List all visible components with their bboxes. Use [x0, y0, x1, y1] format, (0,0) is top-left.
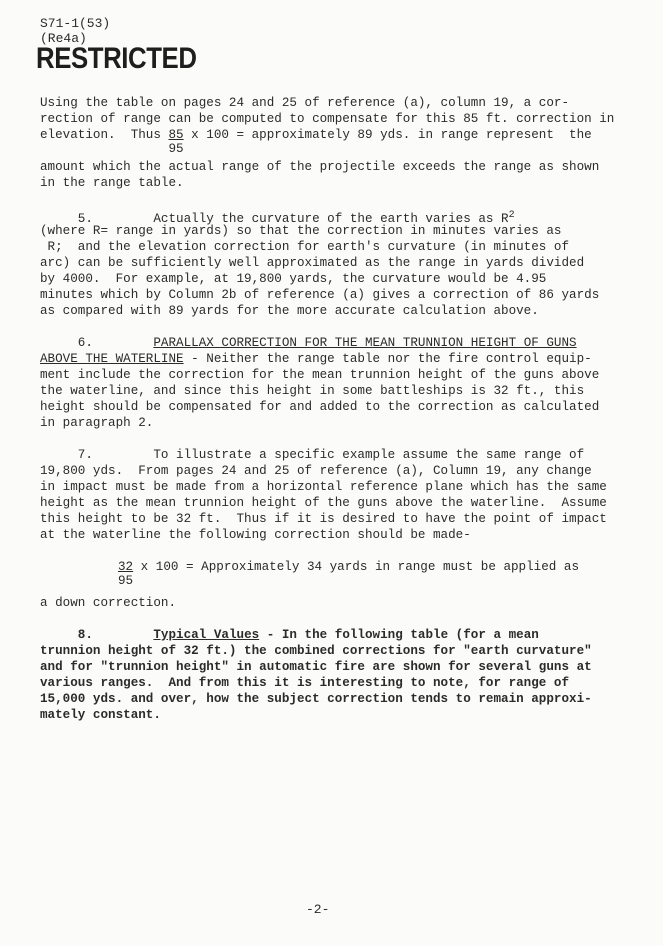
fraction: 8595 [168, 128, 183, 143]
text-line: elevation. Thus 8595 x 100 = approximate… [40, 128, 592, 143]
section-heading: 8. Typical Values - In the following tab… [40, 628, 539, 643]
text-line: various ranges. And from this it is inte… [40, 676, 569, 691]
text-line: and for "trunnion height" in automatic f… [40, 660, 592, 675]
formula: 3295 x 100 = Approximately 34 yards in r… [118, 560, 579, 575]
page-number: -2- [306, 902, 329, 917]
text-line: 7. To illustrate a specific example assu… [40, 448, 584, 463]
text-line: Using the table on pages 24 and 25 of re… [40, 96, 569, 111]
text-line: R; and the elevation correction for eart… [40, 240, 569, 255]
text-line: in paragraph 2. [40, 416, 153, 431]
doc-number: S71-1(53) [40, 16, 110, 31]
text-line: the waterline, and since this height in … [40, 384, 584, 399]
fraction: 3295 [118, 560, 133, 575]
text-line: ment include the correction for the mean… [40, 368, 599, 383]
classification-stamp: RESTRICTED [36, 42, 197, 76]
text-line: 19,800 yds. From pages 24 and 25 of refe… [40, 464, 592, 479]
text-line: in the range table. [40, 176, 184, 191]
text-line: amount which the actual range of the pro… [40, 160, 599, 175]
text-line: ABOVE THE WATERLINE - Neither the range … [40, 352, 592, 367]
text-line: (where R= range in yards) so that the co… [40, 224, 561, 239]
text-line: height should be compensated for and add… [40, 400, 599, 415]
text-line: this height to be 32 ft. Thus if it is d… [40, 512, 607, 527]
section-heading: 6. PARALLAX CORRECTION FOR THE MEAN TRUN… [40, 336, 577, 351]
text-line: 15,000 yds. and over, how the subject co… [40, 692, 592, 707]
text-line: height as the mean trunnion height of th… [40, 496, 607, 511]
text-line: by 4000. For example, at 19,800 yards, t… [40, 272, 546, 287]
text-line: rection of range can be computed to comp… [40, 112, 614, 127]
text-line: as compared with 89 yards for the more a… [40, 304, 539, 319]
text-line: mately constant. [40, 708, 161, 723]
text-line: trunnion height of 32 ft.) the combined … [40, 644, 592, 659]
text-line: at the waterline the following correctio… [40, 528, 471, 543]
text-line: minutes which by Column 2b of reference … [40, 288, 599, 303]
text-line: arc) can be sufficiently well approximat… [40, 256, 584, 271]
text-line: a down correction. [40, 596, 176, 611]
text-line: in impact must be made from a horizontal… [40, 480, 607, 495]
